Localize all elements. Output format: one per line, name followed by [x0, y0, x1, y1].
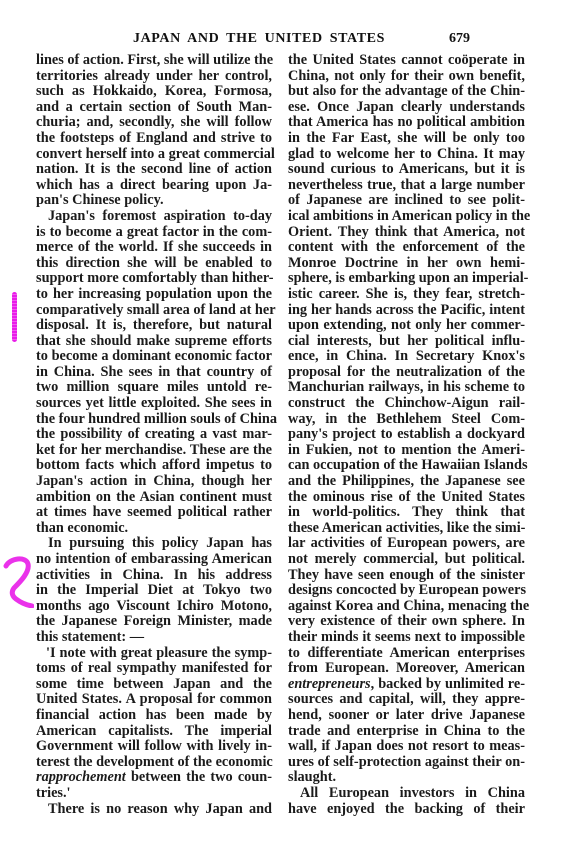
- paragraph-start-line: There is no reason why Japan and: [36, 802, 272, 818]
- text-line: sphere, is embarking upon an imperial-: [288, 271, 525, 287]
- text-line: upon extending, not only her commer-: [288, 318, 525, 334]
- text-line: ures of self-protection against their on…: [288, 755, 525, 771]
- text-line: is to become a great factor in the com-: [36, 225, 272, 241]
- text-line: and the Philippines, the Japanese see: [288, 474, 525, 490]
- text-line: the ominous rise of the United States: [288, 490, 525, 506]
- text-line: the four hundred million souls of China: [36, 412, 272, 428]
- text-line: churia; and, secondly, she will follow: [36, 115, 272, 131]
- text-line: not merely commercial, but political.: [288, 552, 525, 568]
- text-line: nation. It is the second line of action: [36, 162, 272, 178]
- text-line: can occupation of the Hawaiian Islands: [288, 458, 525, 474]
- text-line: this statement: —: [36, 630, 272, 646]
- text-line: wall, if Japan does not resort to meas-: [288, 739, 525, 755]
- text-line: very existence of their own sphere. In: [288, 614, 525, 630]
- running-title: JAPAN AND THE UNITED STATES: [133, 31, 385, 47]
- page-number: 679: [449, 31, 470, 47]
- text-line: the United States cannot coöperate in: [288, 53, 525, 69]
- text-line: months ago Viscount Ichiro Motono,: [36, 599, 272, 615]
- text-line: support more comfortably than hither-: [36, 271, 272, 287]
- text-line: pan's Chinese policy.: [36, 193, 272, 209]
- text-line: in the Far East, she will be only too: [288, 131, 525, 147]
- text-line: ese. Once Japan clearly understands: [288, 100, 525, 116]
- text-line: sound curious to Americans, but it is: [288, 162, 525, 178]
- text-line: the footsteps of England and strive to: [36, 131, 272, 147]
- text-line: in world-politics. They think that: [288, 505, 525, 521]
- text-line: activities in China. In his address: [36, 568, 272, 584]
- text-line: glad to welcome her to China. It may: [288, 147, 525, 163]
- text-line: to differentiate American enterprises: [288, 646, 525, 662]
- text-line: ing her hands across the Pacific, intent: [288, 303, 525, 319]
- text-line: ical ambitions in American policy in the: [288, 209, 525, 225]
- text-line: pany's project to establish a dockyard: [288, 427, 525, 443]
- text-line: from European. Moreover, American: [288, 661, 525, 677]
- text-line: against Korea and China, menacing the: [288, 599, 525, 615]
- text-line: to become a dominant economic factor: [36, 349, 272, 365]
- text-line: disposal. It is, therefore, but natural: [36, 318, 272, 334]
- text-line: which has a direct bearing upon Ja-: [36, 178, 272, 194]
- text-line: some time between Japan and the: [36, 677, 272, 693]
- text-line: Monroe Doctrine in her own hemi-: [288, 256, 525, 272]
- text-line: of Japanese are inclined to see polit-: [288, 193, 525, 209]
- text-line: ambition on the Asian continent must: [36, 490, 272, 506]
- text-line: Manchurian railways, in his scheme to: [288, 380, 525, 396]
- italic-term: rapprochement: [36, 769, 126, 785]
- text-line: proposal for the neutralization of the: [288, 365, 525, 381]
- text-line: sources yet little exploited. She sees i…: [36, 396, 272, 412]
- text-line: terest the development of the economic: [36, 755, 272, 771]
- text-line: tries.': [36, 786, 272, 802]
- text-line: Orient. They think that America, not: [288, 225, 525, 241]
- text-line: in Fukien, not to mention the Ameri-: [288, 443, 525, 459]
- text-line: the possibility of creating a vast mar-: [36, 427, 272, 443]
- text-line: China, not only for their own benefit,: [288, 69, 525, 85]
- text-line: comparatively small area of land at her: [36, 303, 272, 319]
- text-line: sources and capital, will, they appre-: [288, 692, 525, 708]
- text-line: this direction she will be enabled to: [36, 256, 272, 272]
- text-line: at times have seemed political rather: [36, 505, 272, 521]
- text-line: in China. She sees in that country of: [36, 365, 272, 381]
- quote-start-line: 'I note with great pleasure the symp-: [36, 646, 272, 662]
- text-line: no intention of embarassing American: [36, 552, 272, 568]
- text-line: these American activities, like the simi…: [288, 521, 525, 537]
- text-line: in the Imperial Diet at Tokyo two: [36, 583, 272, 599]
- text-line: construct the Chinchow-Aigun rail-: [288, 396, 525, 412]
- paragraph-start-line: In pursuing this policy Japan has: [36, 536, 272, 552]
- text-line: United States. A proposal for common: [36, 692, 272, 708]
- text-line: lar activities of European powers, are: [288, 536, 525, 552]
- text-line: They have seen enough of the sinister: [288, 568, 525, 584]
- text-line: that America has no political ambition: [288, 115, 525, 131]
- text-line: than economic.: [36, 521, 272, 537]
- text-line: designs concocted by European powers: [288, 583, 525, 599]
- text-line: two million square miles untold re-: [36, 380, 272, 396]
- text-line: trade and enterprise in China to the: [288, 724, 525, 740]
- text-line: bottom facts which afford impetus to: [36, 458, 272, 474]
- paragraph-start-line: Japan's foremost aspiration to-day: [36, 209, 272, 225]
- left-text-column: lines of action. First, she will utilize…: [36, 53, 272, 817]
- text-line: lines of action. First, she will utilize…: [36, 53, 272, 69]
- text-line: to her increasing population upon the: [36, 287, 272, 303]
- text-line: convert herself into a great commercial: [36, 147, 272, 163]
- text-line: but also for the advantage of the Chin-: [288, 84, 525, 100]
- text-line: financial action has been made by: [36, 708, 272, 724]
- text-fragment: , backed by unlimited re-: [371, 676, 525, 692]
- text-line: toms of real sympathy manifested for: [36, 661, 272, 677]
- text-line: Government will follow with lively in-: [36, 739, 272, 755]
- right-text-column: the United States cannot coöperate in Ch…: [288, 53, 525, 817]
- text-line: have enjoyed the backing of their: [288, 802, 525, 818]
- italic-term: entrepreneurs: [288, 676, 371, 692]
- text-line: istic career. She is, they fear, stretch…: [288, 287, 525, 303]
- text-line: ket for her merchandise. These are the: [36, 443, 272, 459]
- text-line: such as Hokkaido, Korea, Formosa,: [36, 84, 272, 100]
- text-line: cial interests, but her political influ-: [288, 334, 525, 350]
- text-line: hend, sooner or later drive Japanese: [288, 708, 525, 724]
- running-header: JAPAN AND THE UNITED STATES 679: [0, 31, 572, 51]
- text-line: rapprochement between the two coun-: [36, 770, 272, 786]
- text-fragment: between the two coun-: [131, 769, 272, 785]
- text-line: content with the enforcement of the: [288, 240, 525, 256]
- text-line: entrepreneurs, backed by unlimited re-: [288, 677, 525, 693]
- paragraph-start-line: All European investors in China: [288, 786, 525, 802]
- text-line: way, in the Bethlehem Steel Com-: [288, 412, 525, 428]
- text-line: the Japanese Foreign Minister, made: [36, 614, 272, 630]
- text-line: and a certain section of South Man-: [36, 100, 272, 116]
- text-line: that she should make supreme efforts: [36, 334, 272, 350]
- text-line: slaught.: [288, 770, 525, 786]
- magenta-numeral-two-mark: [2, 556, 34, 608]
- text-line: nevertheless true, that a large number: [288, 178, 525, 194]
- text-line: territories already under her control,: [36, 69, 272, 85]
- text-line: their minds it seems next to impossible: [288, 630, 525, 646]
- text-line: ence, in China. In Secretary Knox's: [288, 349, 525, 365]
- magenta-margin-line-mark: [12, 292, 17, 342]
- text-line: merce of the world. If she succeeds in: [36, 240, 272, 256]
- text-line: American capitalists. The imperial: [36, 724, 272, 740]
- text-line: Japan's action in China, though her: [36, 474, 272, 490]
